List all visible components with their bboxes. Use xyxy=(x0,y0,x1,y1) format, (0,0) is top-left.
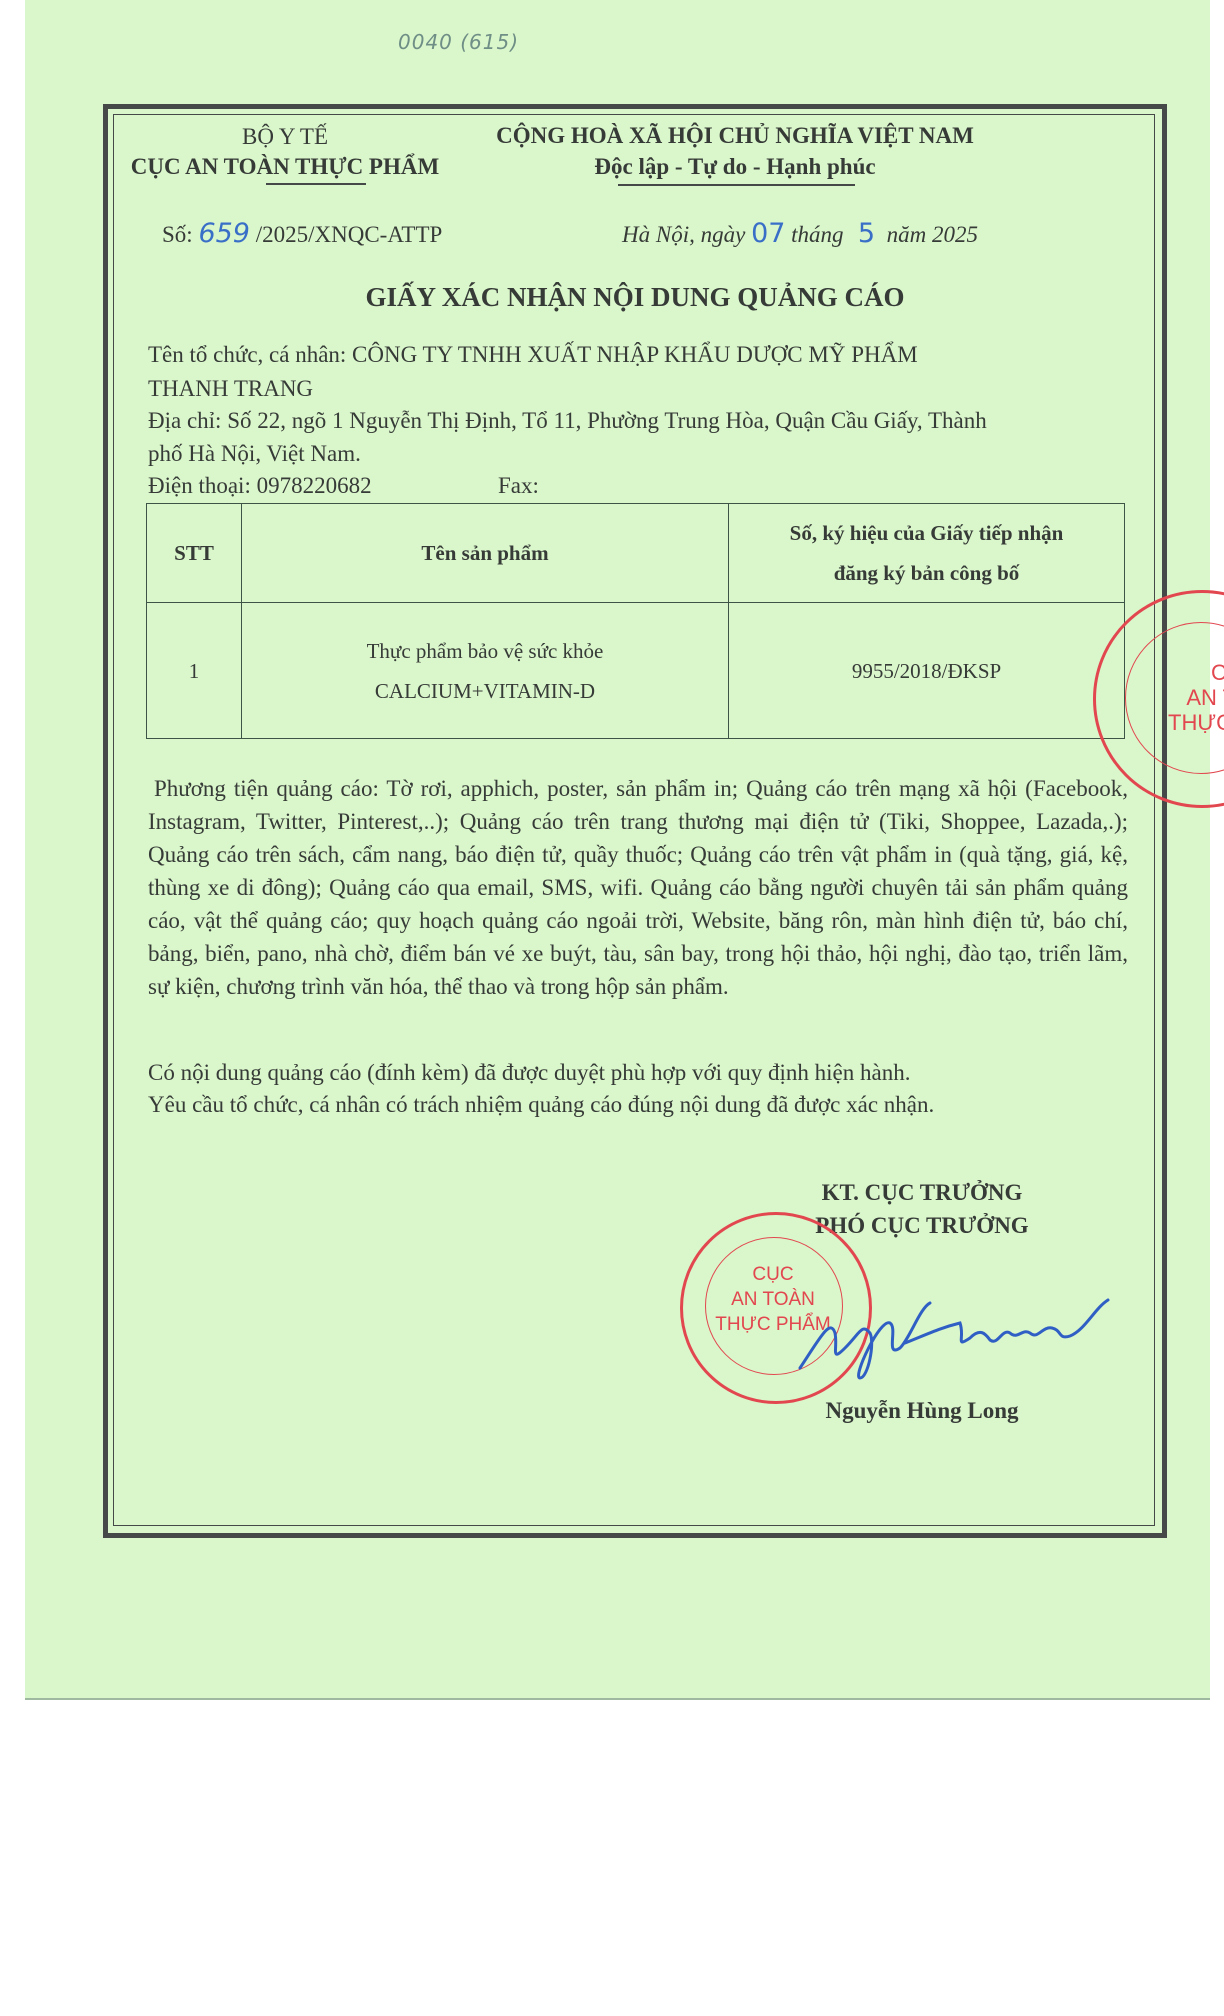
compliance-requirement: Yêu cầu tổ chức, cá nhân có trách nhiệm … xyxy=(148,1092,934,1118)
organization-fax: Fax: xyxy=(498,473,539,499)
cell-registration: 9955/2018/ĐKSP xyxy=(729,603,1125,739)
product-name: CALCIUM+VITAMIN-D xyxy=(243,671,727,711)
national-motto: Độc lập - Tự do - Hạnh phúc xyxy=(594,154,875,180)
reference-handwritten-number: 659 xyxy=(198,218,250,249)
column-header-registration: Số, ký hiệu của Giấy tiếp nhận đăng ký b… xyxy=(729,504,1125,603)
agency-underline xyxy=(266,183,366,185)
archive-note: 0040 (615) xyxy=(398,30,519,54)
signature-on-behalf: KT. CỤC TRƯỞNG xyxy=(822,1180,1023,1206)
organization-name-line1: Tên tổ chức, cá nhân: CÔNG TY TNHH XUẤT … xyxy=(148,342,918,368)
republic-name: CỘNG HOÀ XÃ HỘI CHỦ NGHĨA VIỆT NAM xyxy=(496,123,974,149)
signer-name: Nguyễn Hùng Long xyxy=(825,1398,1018,1424)
signature-position: PHÓ CỤC TRƯỞNG xyxy=(815,1213,1028,1239)
product-category: Thực phẩm bảo vệ sức khỏe xyxy=(243,631,727,671)
product-table: STT Tên sản phẩm Số, ký hiệu của Giấy ti… xyxy=(146,503,1125,739)
document-title: GIẤY XÁC NHẬN NỘI DUNG QUẢNG CÁO xyxy=(366,282,905,313)
table-header-row: STT Tên sản phẩm Số, ký hiệu của Giấy ti… xyxy=(147,504,1125,603)
cell-product: Thực phẩm bảo vệ sức khỏe CALCIUM+VITAMI… xyxy=(242,603,729,739)
approval-statement: Có nội dung quảng cáo (đính kèm) đã được… xyxy=(148,1060,910,1086)
cell-stt: 1 xyxy=(147,603,242,739)
organization-phone: Điện thoại: 0978220682 xyxy=(148,473,372,499)
date-month-handwritten: 5 xyxy=(858,218,875,249)
date-place: Hà Nội, ngày xyxy=(622,222,745,247)
motto-underline xyxy=(618,184,855,186)
advertising-media-paragraph: Phương tiện quảng cáo: Tờ rơi, apphich, … xyxy=(148,772,1128,1003)
date-month-label: tháng xyxy=(791,222,843,247)
reference-number: Số: 659 /2025/XNQC-ATTP xyxy=(162,218,442,249)
column-header-stt: STT xyxy=(147,504,242,603)
issue-date: Hà Nội, ngày 07 tháng 5 năm 2025 xyxy=(622,218,978,249)
ministry-name: BỘ Y TẾ xyxy=(242,124,328,150)
seal-partial-text: CỤC AN TOÀN THỰC PHẨM xyxy=(1168,660,1224,735)
reference-prefix: Số: xyxy=(162,222,193,247)
column-header-product: Tên sản phẩm xyxy=(242,504,729,603)
date-year: năm 2025 xyxy=(887,222,978,247)
organization-address-line2: phố Hà Nội, Việt Nam. xyxy=(148,441,361,467)
date-day-handwritten: 07 xyxy=(751,218,785,249)
table-row: 1 Thực phẩm bảo vệ sức khỏe CALCIUM+VITA… xyxy=(147,603,1125,739)
agency-name: CỤC AN TOÀN THỰC PHẨM xyxy=(131,154,439,180)
organization-name-line2: THANH TRANG xyxy=(148,376,313,402)
organization-address-line1: Địa chỉ: Số 22, ngõ 1 Nguyễn Thị Định, T… xyxy=(148,408,987,434)
handwritten-signature xyxy=(790,1278,1120,1388)
reference-suffix: /2025/XNQC-ATTP xyxy=(256,222,443,247)
